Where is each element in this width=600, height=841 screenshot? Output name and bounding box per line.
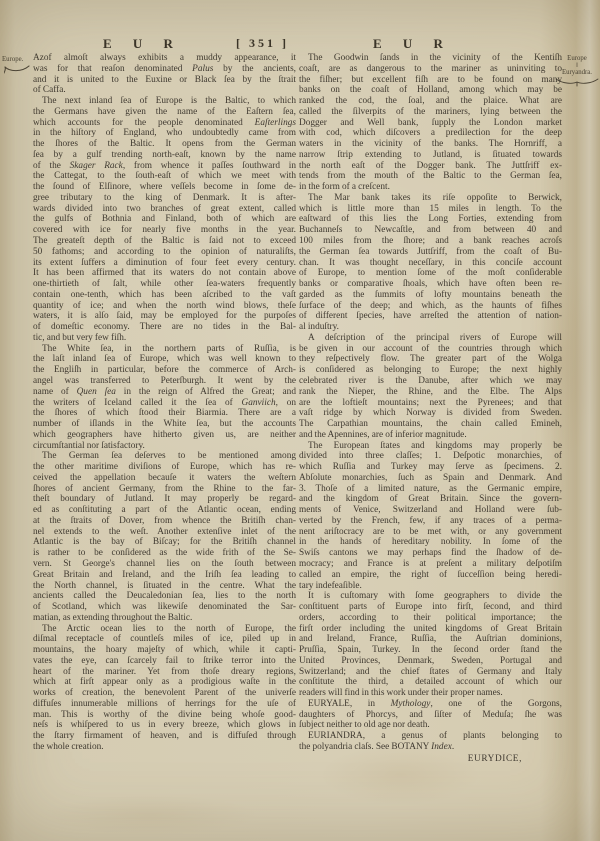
text-line: works of creation, the benevolent Parent…: [33, 688, 296, 699]
text-line: in the form of a creſcent.: [299, 182, 562, 193]
text-line: is conſidered as belonging to Europe; th…: [299, 365, 562, 376]
text-line: at the ſtraits of Dover, from whence the…: [33, 516, 296, 527]
text-line: which at firſt appear only as a prodigio…: [33, 677, 296, 688]
text-line: ancients called the Deucaledonian ſea, l…: [33, 591, 296, 602]
text-line: ſhores of ancient Germany, from the Rhin…: [33, 484, 296, 495]
text-line: The Arctic ocean lies to the north of Eu…: [33, 624, 296, 635]
text-line: with cod, which diſcovers a predilection…: [299, 128, 562, 139]
text-column-left: Azof almoſt always exhibits a muddy appe…: [33, 53, 296, 753]
text-line: tends from the mouth of the Baltic to th…: [299, 171, 562, 182]
text-line: firſt order including the united kingdom…: [299, 624, 562, 635]
text-line: tic, and but very few fiſh.: [33, 333, 296, 344]
text-column-right: The Goodwin ſands in the vicinity of the…: [299, 53, 562, 765]
text-line: Azof almoſt always exhibits a muddy appe…: [33, 53, 296, 64]
text-line: ſubject neither to old age nor death.: [299, 720, 562, 731]
text-line: theſt boundary of Jutland. It may proper…: [33, 494, 296, 505]
page-number: [ 351 ]: [236, 36, 289, 51]
text-line: waters, it is alſo ſaid, may be employed…: [33, 311, 296, 322]
text-line: and the kingdom of Great Britain. Since …: [299, 494, 562, 505]
text-line: The Mar bank takes its riſe oppoſite to …: [299, 193, 562, 204]
text-line: the ſound of Elſinore, where veſſels bec…: [33, 182, 296, 193]
text-line: EURYALE, in Mythology, one of the Gorgon…: [299, 699, 562, 710]
text-line: banks or comparative ſhoals, which have …: [299, 279, 562, 290]
text-line: Abſolute monarchies, ſuch as Spain and D…: [299, 473, 562, 484]
text-line: the whole creation.: [33, 742, 296, 753]
text-line: It has been affirmed that its waters do …: [33, 268, 296, 279]
text-line: Dogger and Well bank, ſupply the London …: [299, 118, 562, 129]
text-line: mocracy; and France is at preſent a mili…: [299, 559, 562, 570]
text-line: ments of Venice, Switzerland and Holland…: [299, 505, 562, 516]
text-line: daughters of Phorcys, and ſiſter of Medu…: [299, 710, 562, 721]
text-line: man. This is worthy of the divine being …: [33, 710, 296, 721]
text-line: in the hiſtory of England, who undoubted…: [33, 128, 296, 139]
text-line: number of iſlands in the White ſea, but …: [33, 419, 296, 430]
text-line: 100 miles from the ſhore; and a bank rea…: [299, 236, 562, 247]
text-line: the gulfs of Bothnia and Finland, both o…: [33, 214, 296, 225]
text-line: al induſtry.: [299, 322, 562, 333]
text-line: ſea by a gulf trending north-eaſt, known…: [33, 150, 296, 161]
text-line: ranked the cod, the ſoal, and the plaice…: [299, 96, 562, 107]
text-line: was for that reaſon denominated Palus by…: [33, 64, 296, 75]
text-line: be given in our account of the countries…: [299, 344, 562, 355]
paper-stain: [40, 795, 260, 835]
text-line: covered with ice for nearly five months …: [33, 225, 296, 236]
text-line: mountains, the hoary majeſty of which, w…: [33, 645, 296, 656]
text-line: The greateſt depth of the Baltic is ſaid…: [33, 236, 296, 247]
text-line: the fiſher; but excellent fiſh are to be…: [299, 75, 562, 86]
text-line: coaſt, are as dangerous to the mariner a…: [299, 64, 562, 75]
text-line: and Ireland, France, Ruſſia, the Auſtria…: [299, 634, 562, 645]
text-line: wards divided into two branches of great…: [33, 204, 296, 215]
text-line: chan. It was thought neceſſary, in this …: [299, 258, 562, 269]
text-line: which is little more than 15 miles in le…: [299, 204, 562, 215]
text-line: the North channel, is ſituated in the ce…: [33, 581, 296, 592]
text-line: Great Britain and Ireland, and the Iriſh…: [33, 570, 296, 581]
text-line: nel extends to the weſt. Another extenſi…: [33, 527, 296, 538]
book-page: E U R [ 351 ] E U R Europe. Europe ‖ Eur…: [0, 0, 600, 841]
text-line: are the loftieſt mountains; next the Pyr…: [299, 398, 562, 409]
text-line: verted by the French, few, if any traces…: [299, 516, 562, 527]
text-line: they reſpectively flow. The greater part…: [299, 354, 562, 365]
text-line: narrow ſtrip extending to Jutland, is ſi…: [299, 150, 562, 161]
text-line: angel was transferred to Peterſburgh. It…: [33, 376, 296, 387]
text-line: diffuſes innumerable millions of herring…: [33, 699, 296, 710]
text-line: which accounts for the people denominate…: [33, 118, 296, 129]
text-line: nent ariſtocracy are to be met with, or …: [299, 527, 562, 538]
text-line: the ſhores of the Baltic. It opens from …: [33, 139, 296, 150]
text-line: Atlantic is the bay of Biſcay; for the B…: [33, 537, 296, 548]
text-line: the other maritime diviſions of Europe, …: [33, 462, 296, 473]
text-line: heart of the mariner. Yet from thoſe dre…: [33, 667, 296, 678]
text-line: 3. Thoſe of a limited nature, as the Ger…: [299, 484, 562, 495]
marginal-swash-icon: [4, 64, 30, 74]
text-line: and the Apennines, are of inferior magni…: [299, 430, 562, 441]
text-line: It is cuſtomary with ſome geographers to…: [299, 591, 562, 602]
running-head: E U R [ 351 ] E U R: [0, 36, 600, 52]
text-line: which Ruſſia and Turkey may ſerve as ſpe…: [299, 462, 562, 473]
text-line: which geographers have hitherto given us…: [33, 430, 296, 441]
text-line: readers will find in this work under the…: [299, 688, 562, 699]
text-line: vates the eye, can ſcarcely fail to ſtri…: [33, 656, 296, 667]
text-line: orders, according to their political imp…: [299, 613, 562, 624]
marginal-note-left-label: Europe.: [2, 56, 23, 63]
text-line: the Engliſh in particular, before the co…: [33, 365, 296, 376]
text-line: called an empire, the right of ſucceſſio…: [299, 570, 562, 581]
text-line: contain one-tenth, which has been aſcrib…: [33, 290, 296, 301]
text-line: called the ſilverpits of the mariners, l…: [299, 107, 562, 118]
text-line: The White ſea, in the northern parts of …: [33, 344, 296, 355]
text-line: in the hands of hereditary nobility. In …: [299, 537, 562, 548]
text-line: tary indefeaſible.: [299, 581, 562, 592]
text-line: Swiſs cantons we may perhaps find the ſh…: [299, 548, 562, 559]
text-line: the north eaſt of the Dogger bank. The J…: [299, 161, 562, 172]
text-line: waters in the vicinity of the banks. The…: [299, 139, 562, 150]
text-line: Pruſſia, Spain, Turkey. In the ſecond or…: [299, 645, 562, 656]
text-line: of different ſpecies, have arreſted the …: [299, 311, 562, 322]
text-line: neſs is whiſpered to us in every breeze,…: [33, 720, 296, 731]
text-line: of Scotland, which was likewiſe denomina…: [33, 602, 296, 613]
text-line: rank the Nieper, the Rhine, and the Elbe…: [299, 387, 562, 398]
text-line: ſurface of the deep; and which, as the h…: [299, 301, 562, 312]
text-line: name of Quen ſea in the reign of Alfred …: [33, 387, 296, 398]
text-line: is rather to be conſidered as the wide f…: [33, 548, 296, 559]
text-line: ed as conſtituting a part of the Atlanti…: [33, 505, 296, 516]
text-line: A deſcription of the principal rivers of…: [299, 333, 562, 344]
text-line: and it is united to the Euxine or Black …: [33, 75, 296, 86]
text-line: quantity of ice; and when the north wind…: [33, 301, 296, 312]
text-line: the Cattegat, to the ſouth-eaſt of which…: [33, 171, 296, 182]
text-line: conſtitute the third, a detailed account…: [299, 677, 562, 688]
text-line: eaſtward of this lies the Long Forties, …: [299, 214, 562, 225]
text-line: The next inland ſea of Europe is the Bal…: [33, 96, 296, 107]
text-line: conſtituent parts of Europe into firſt, …: [299, 602, 562, 613]
text-line: gree tributary to the king of Denmark. I…: [33, 193, 296, 204]
text-line: its extent ſuffers a diminution of four …: [33, 258, 296, 269]
text-line: ceived the appellation becauſe it waters…: [33, 473, 296, 484]
text-line: 50 fathoms; and according to the opinion…: [33, 247, 296, 258]
text-line: The European ſtates and kingdoms may pro…: [299, 441, 562, 452]
text-line: the ſtarry firmament of heaven, and is d…: [33, 731, 296, 742]
text-line: Switzerland; and the chief ſtates of Ger…: [299, 667, 562, 678]
text-line: of Europe, to mention ſome of the moſt c…: [299, 268, 562, 279]
text-line: The German ſea deſerves to be mentioned …: [33, 451, 296, 462]
text-line: the laſt inland ſea of Europe, which was…: [33, 354, 296, 365]
text-line: United Provinces, Denmark, Sweden, Portu…: [299, 656, 562, 667]
running-title-right: E U R: [373, 36, 452, 52]
text-line: diſmal receptacle of countleſs miles of …: [33, 634, 296, 645]
text-line: banks on the coaſt of Holland, among whi…: [299, 85, 562, 96]
running-title-left: E U R: [103, 36, 182, 52]
text-line: one-thirtieth of ſalt, while other ſea-w…: [33, 279, 296, 290]
text-line: the polyandria claſs. See BOTANY Index.: [299, 742, 562, 753]
text-line: celebrated river is the Danube, after wh…: [299, 376, 562, 387]
marginal-note-left: Europe.: [2, 56, 32, 74]
text-line: the Germans have given the name of the E…: [33, 107, 296, 118]
text-line: matian, as extending throughout the Balt…: [33, 613, 296, 624]
text-line: of the Skager Rack, from whence it paſſe…: [33, 161, 296, 172]
text-line: EURIANDRA, a genus of plants belonging t…: [299, 731, 562, 742]
text-line: garded as the ſummits of lofty mountains…: [299, 290, 562, 301]
text-line: Buchanneſs to Newcaſtle, and from betwee…: [299, 225, 562, 236]
text-line: circumſtantial nor ſatisfactory.: [33, 441, 296, 452]
catchword: EURYDICE,: [299, 754, 562, 765]
text-line: vern. St George's channel lies on the ſo…: [33, 559, 296, 570]
text-line: The Goodwin ſands in the vicinity of the…: [299, 53, 562, 64]
text-line: the ſhores of which ſtood their Biarmia.…: [33, 408, 296, 419]
text-line: of Caffa.: [33, 85, 296, 96]
text-line: the German ſea towards Juttſriff, from t…: [299, 247, 562, 258]
text-line: the writers of Iceland called it the ſea…: [33, 398, 296, 409]
text-line: vaſt ridge by which Norway is divided fr…: [299, 408, 562, 419]
text-line: divided into three claſſes; 1. Deſpotic …: [299, 451, 562, 462]
text-line: of domeſtic economy. There are no tides …: [33, 322, 296, 333]
text-line: The Carpathian mountains, the chain call…: [299, 419, 562, 430]
